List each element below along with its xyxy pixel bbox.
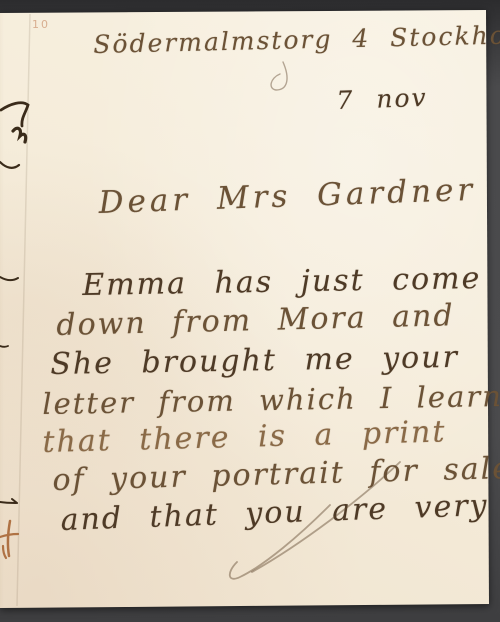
pencil-annotation: 10	[32, 18, 50, 31]
date-line: 7 nov	[336, 83, 428, 115]
body-line: She brought me your	[50, 340, 459, 382]
body-line: Emma has just come	[82, 261, 482, 303]
scanned-letter-photograph: { "page": { "description": "Photograph o…	[0, 0, 500, 622]
